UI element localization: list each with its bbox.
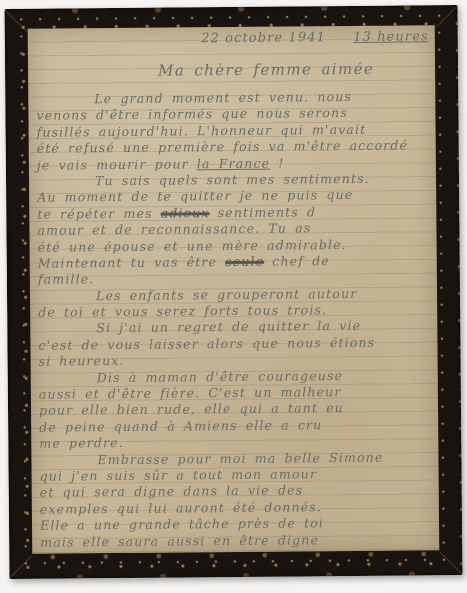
line-text: de peine quand à Amiens elle a cru [39,417,322,434]
line-text: sentiments d [210,204,317,220]
line-text: Le grand moment est venu. nous [94,89,352,106]
frame-corner-seam [4,9,28,32]
line-text: Si j'ai un regret de quitter la vie [96,318,361,335]
line-text: ! [270,155,284,170]
letter-line: été refusé une première fois va m'être a… [37,137,432,157]
line-text: te répéter mes [37,205,161,221]
line-text: été une épouse et une mère admirable. [38,237,347,255]
letter-photo: 22 octobre 1941 13 heures Ma chère femme… [0,0,467,593]
frame-corner-seam [440,552,464,575]
underlined-word: la France [197,155,270,171]
picture-frame: 22 octobre 1941 13 heures Ma chère femme… [5,5,463,579]
letter-body: Le grand moment est venu. nousvenons d'ê… [36,88,435,550]
line-text: famille. [38,272,95,287]
line-text: je vais mourir pour [37,156,197,172]
letter-paper: 22 octobre 1941 13 heures Ma chère femme… [28,25,440,554]
line-text: venons d'être informés que nous serons [36,105,348,123]
letter-date: 22 octobre 1941 [201,30,326,46]
crossed-out-word: seule [225,254,264,269]
line-text: pour elle bien rude, elle qui a tant eu [39,400,344,418]
line-text: me perdre. [39,435,124,451]
line-text: c'est de vous laisser alors que nous éti… [38,335,375,353]
line-text: qui j'en suis sûr a tout mon amour [40,466,317,483]
line-text: Les enfants se grouperont autour [96,286,357,303]
crossed-out-word: adieux [161,205,210,220]
letter-time: 13 heures [353,29,429,45]
date-line: 22 octobre 1941 13 heures [28,29,429,47]
line-text: de toi et vous serez forts tous trois. [38,302,327,320]
line-text: fusillés aujourd'hui. L'honneur qui m'av… [37,122,367,140]
line-text: exemples qui lui auront été donnés. [40,499,322,516]
line-text: chef de [264,253,330,269]
line-text: Au moment de te quitter je ne puis que [37,187,353,205]
line-text: Tu sais quels sont mes sentiments. [95,171,370,188]
line-text: Embrasse pour moi ma belle Simone [97,449,383,466]
line-text: mais elle saura aussi en être digne [40,532,319,549]
line-text: et qui sera digne dans la vie des [40,483,304,500]
line-text: été refusé une première fois va m'être a… [37,138,408,156]
line-text: Elle a une grande tâche près de toi [40,515,324,532]
letter-line: mais elle saura aussi en être digne [40,531,435,551]
line-text: Dis à maman d'être courageuse [97,368,343,385]
line-text: aussi et d'être fière. C'est un malheur [39,384,342,402]
frame-corner-seam [9,555,32,579]
letter-line: Embrasse pour moi ma belle Simone [39,449,434,469]
line-text: Maintenant tu vas être [38,254,226,271]
line-text: si heureux. [39,353,125,369]
frame-corner-seam [435,5,458,29]
salutation: Ma chère femme aimée [158,60,374,80]
line-text: amour et de reconnaissance. Tu as [37,220,311,237]
